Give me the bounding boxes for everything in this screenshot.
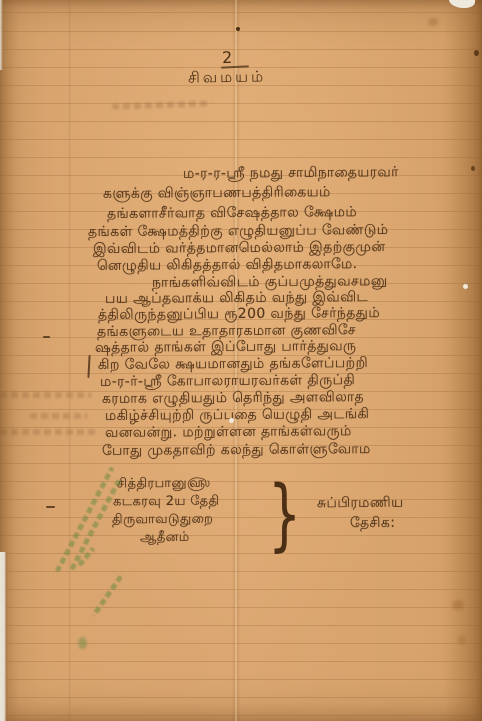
letter-line: கிற வேலே க்ஷயமானதும் தங்களேப்பற்றி — [98, 355, 368, 373]
scan-background-sliver — [0, 552, 8, 721]
closing-brace: } — [268, 468, 301, 560]
scan-background-sliver-top — [0, 0, 3, 70]
ink-bleedthrough-ghost-text — [0, 392, 92, 404]
letter-line: கரமாக எழுதியதும் தெரிந்து அளவிலாத — [102, 389, 364, 407]
page-number: 2 — [222, 48, 233, 67]
letter-line: தங்களாசீர்வாத விசேஷத்தால க்ஷேமம் — [107, 204, 357, 222]
stain — [295, 310, 301, 316]
letter-line: பய ஆப்தவாக்ய லிகிதம் வந்து இவ்விட — [105, 289, 368, 307]
edge-speck — [471, 166, 475, 171]
letter-line: வனவன்று. மற்றுள்ளன தாங்கள்வரும் — [105, 423, 352, 441]
letter-line: தங்கள் க்ஷேமத்திற்கு எழுதியனுப்ப வேண்டும… — [88, 222, 389, 240]
letter-line: ம-ர-ர்-ஸ்ரீ கோபாலராயரவர்கள் திருப்தி — [100, 372, 355, 390]
letter-line: ஷத்தால் தாங்கள் இப்போது பார்த்துவரு — [95, 338, 357, 356]
letter-line: நாங்களிவ்விடம் குப்பமுத்துவசமனு — [152, 273, 388, 291]
letter-line: இவ்விடம் வர்த்தமானமெல்லாம் இதற்குமுன் — [93, 239, 385, 257]
ink-bleedthrough-ghost-text — [30, 413, 88, 425]
pinhole — [463, 284, 468, 289]
letter-line: தங்களுடைய உதாதாரகமான குணவிசே — [97, 322, 356, 340]
green-ink-blot — [78, 637, 87, 649]
letter-line: களுக்கு விஞ்ஞாபணபத்திரிகையம் — [103, 184, 331, 202]
stain — [428, 18, 438, 26]
letter-line: மகிழ்ச்சியுற்றி ருப்பதை யெழுதி அடங்கி — [105, 406, 369, 424]
document-heading: சிவமயம் — [188, 67, 266, 88]
left-fold-crease — [68, 0, 71, 721]
letter-line: த்திலிருந்தனுப்பிய ரூ200 வந்து சேர்ந்தது… — [98, 305, 380, 323]
margin-pen-mark — [43, 336, 50, 338]
letter-line: ம-ர-ர-ஸ்ரீ நமது சாமிநாதையரவர் — [183, 164, 399, 182]
edge-speck — [474, 50, 479, 56]
stain — [452, 600, 464, 610]
margin-pen-mark — [46, 506, 55, 508]
signature-name: சுப்பிரமணிய — [317, 495, 404, 512]
letter-page: 2 சிவமயம் ம-ர-ர-ஸ்ரீ நமது சாமிநாதையரவர் … — [0, 0, 482, 721]
letter-line: னெழுதிய லிகிதத்தால் விதிதமாகலாமே. — [97, 256, 358, 274]
stain — [458, 636, 466, 644]
ink-speck — [236, 27, 240, 31]
closing-date-line: கடகரவு 2ய தேதி — [113, 494, 220, 511]
letter-line: போது முகதாவிற் கலந்து கொள்ளுவோம — [102, 441, 371, 459]
ink-bleedthrough-ghost-text — [0, 429, 100, 441]
closing-place-line: ஆதீனம் — [140, 530, 190, 546]
closing-place-line: திருவாவடுதுறை — [112, 512, 213, 529]
signature-title: தேசிக: — [350, 515, 395, 531]
pinhole — [229, 418, 234, 423]
